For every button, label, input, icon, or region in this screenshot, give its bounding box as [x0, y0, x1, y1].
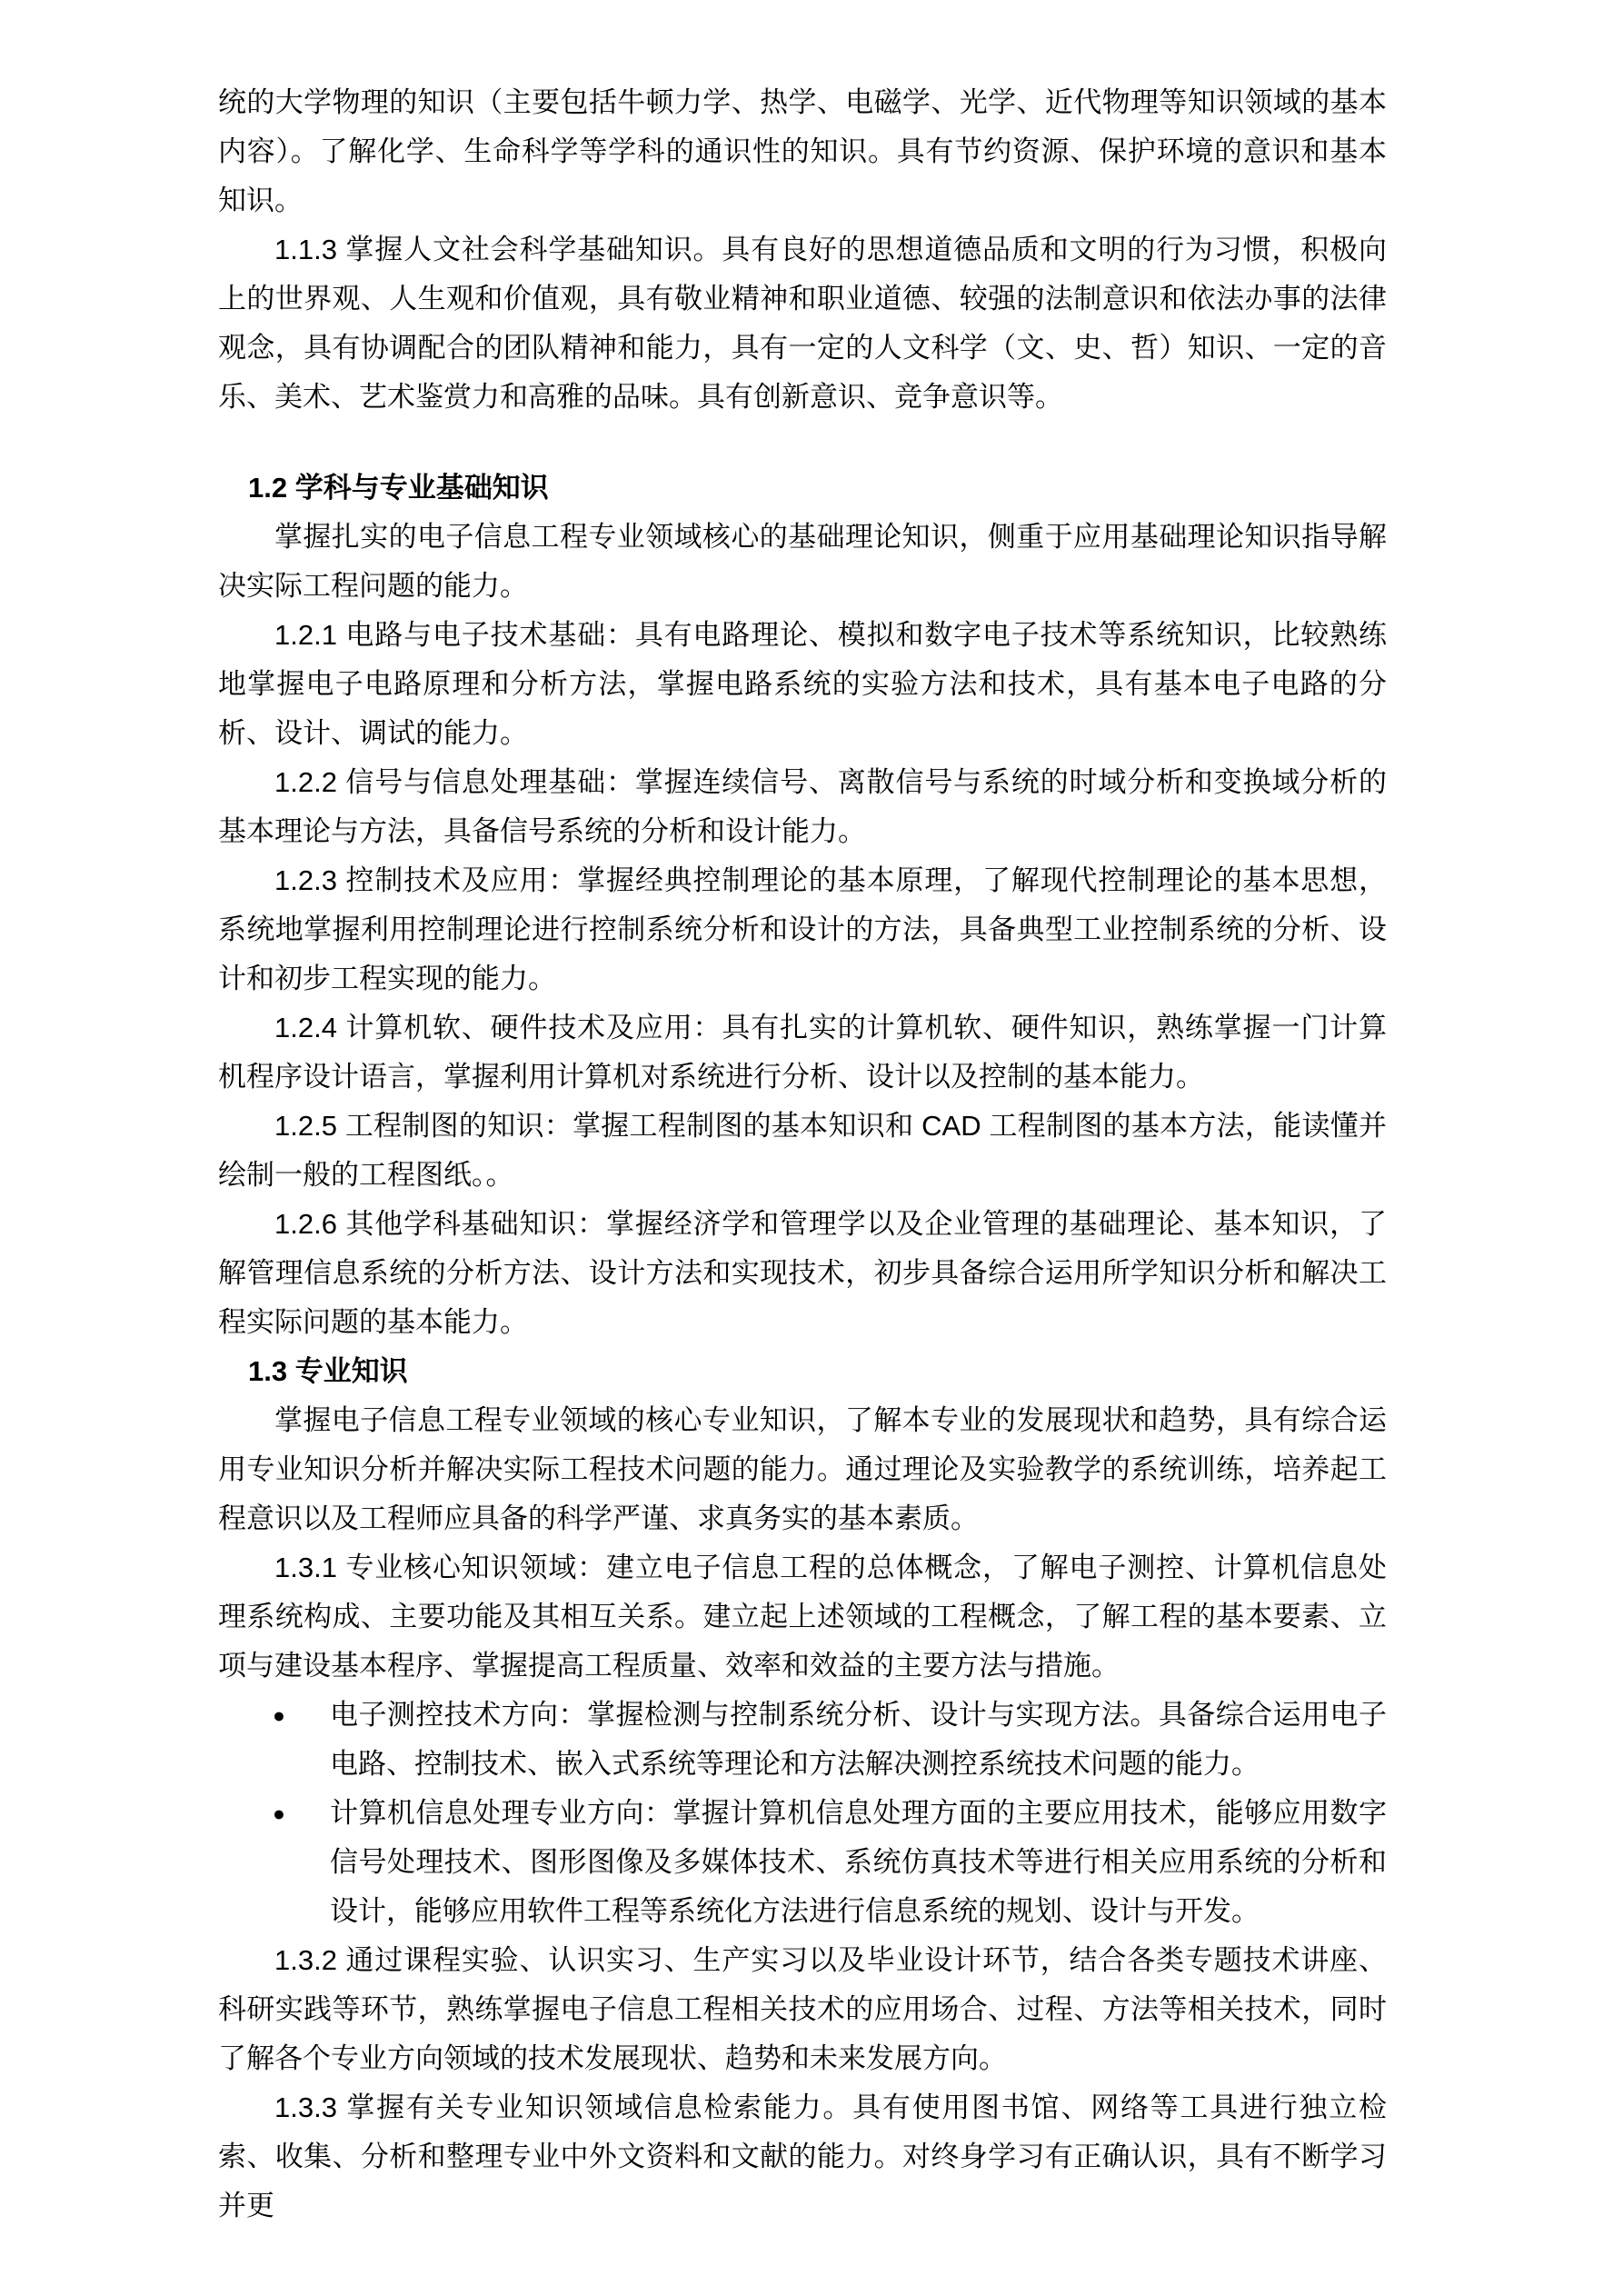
bullet-text: 电子测控技术方向：掌握检测与控制系统分析、设计与实现方法。具备综合运用电子电路、… — [330, 1691, 1387, 1789]
paragraph: 1.3.3 掌握有关专业知识领域信息检索能力。具有使用图书馆、网络等工具进行独立… — [218, 2083, 1387, 2231]
paragraph: 1.2.6 其他学科基础知识：掌握经济学和管理学以及企业管理的基础理论、基本知识… — [218, 1200, 1387, 1347]
section-heading: 1.2 学科与专业基础知识 — [218, 464, 1387, 513]
paragraph: 1.2.4 计算机软、硬件技术及应用：具有扎实的计算机软、硬件知识，熟练掌握一门… — [218, 1003, 1387, 1102]
section-heading: 1.3 专业知识 — [218, 1347, 1387, 1396]
document-page: 统的大学物理的知识（主要包括牛顿力学、热学、电磁学、光学、近代物理等知识领域的基… — [0, 0, 1623, 2296]
paragraph: 1.3.2 通过课程实验、认识实习、生产实习以及毕业设计环节，结合各类专题技术讲… — [218, 1936, 1387, 2083]
paragraph: 1.2.2 信号与信息处理基础：掌握连续信号、离散信号与系统的时域分析和变换域分… — [218, 758, 1387, 856]
blank-line — [218, 422, 1387, 464]
bullet-item: ●电子测控技术方向：掌握检测与控制系统分析、设计与实现方法。具备综合运用电子电路… — [218, 1691, 1387, 1789]
document-body: 统的大学物理的知识（主要包括牛顿力学、热学、电磁学、光学、近代物理等知识领域的基… — [218, 78, 1387, 2231]
paragraph: 1.1.3 掌握人文社会科学基础知识。具有良好的思想道德品质和文明的行为习惯，积… — [218, 225, 1387, 422]
bullet-text: 计算机信息处理专业方向：掌握计算机信息处理方面的主要应用技术，能够应用数字信号处… — [330, 1789, 1387, 1936]
bullet-icon: ● — [273, 1789, 330, 1936]
paragraph-continuation: 统的大学物理的知识（主要包括牛顿力学、热学、电磁学、光学、近代物理等知识领域的基… — [218, 78, 1387, 225]
bullet-item: ●计算机信息处理专业方向：掌握计算机信息处理方面的主要应用技术，能够应用数字信号… — [218, 1789, 1387, 1936]
paragraph: 1.2.5 工程制图的知识：掌握工程制图的基本知识和 CAD 工程制图的基本方法… — [218, 1102, 1387, 1200]
paragraph: 掌握扎实的电子信息工程专业领域核心的基础理论知识，侧重于应用基础理论知识指导解决… — [218, 513, 1387, 611]
paragraph: 1.3.1 专业核心知识领域：建立电子信息工程的总体概念，了解电子测控、计算机信… — [218, 1543, 1387, 1691]
bullet-icon: ● — [273, 1691, 330, 1789]
paragraph: 掌握电子信息工程专业领域的核心专业知识，了解本专业的发展现状和趋势，具有综合运用… — [218, 1396, 1387, 1543]
paragraph: 1.2.1 电路与电子技术基础：具有电路理论、模拟和数字电子技术等系统知识，比较… — [218, 611, 1387, 758]
paragraph: 1.2.3 控制技术及应用：掌握经典控制理论的基本原理，了解现代控制理论的基本思… — [218, 856, 1387, 1003]
